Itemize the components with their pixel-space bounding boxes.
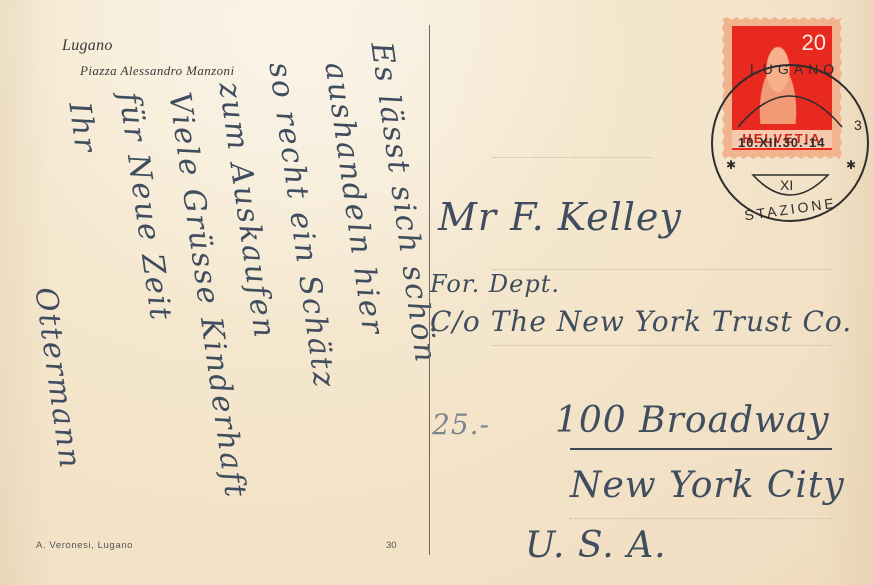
card-number: 30 bbox=[386, 540, 397, 551]
postcard: Lugano Piazza Alessandro Manzoni A. Vero… bbox=[0, 0, 873, 585]
publisher-imprint: A. Veronesi, Lugano bbox=[36, 540, 133, 551]
postmark-code: XI bbox=[780, 177, 793, 193]
svg-text:✱: ✱ bbox=[846, 158, 856, 172]
address-line-name: Mr F. Kelley bbox=[438, 195, 682, 239]
address-side-note: 25.- bbox=[432, 408, 490, 441]
address-line-dept: For. Dept. bbox=[430, 270, 560, 298]
address-line-company: C/o The New York Trust Co. bbox=[430, 305, 852, 338]
address-guide-line bbox=[492, 157, 652, 158]
address-guide-line bbox=[492, 345, 832, 346]
message-line: Ihr bbox=[61, 100, 103, 156]
svg-text:✱: ✱ bbox=[726, 158, 736, 172]
address-underline bbox=[570, 448, 832, 450]
address-guide-line bbox=[570, 518, 832, 519]
address-line-country: U. S. A. bbox=[525, 525, 667, 566]
caption-place: Piazza Alessandro Manzoni bbox=[80, 63, 234, 79]
postmark-office-number: 3 bbox=[854, 117, 862, 133]
postmark-town: LUGANO bbox=[750, 61, 839, 77]
signature: Ottermann bbox=[27, 285, 87, 472]
postmark: ✱ ✱ LUGANO 3 10.XII.30.-14 XI STAZIONE bbox=[708, 55, 873, 230]
address-line-street: 100 Broadway bbox=[555, 400, 830, 441]
postmark-date: 10.XII.30.-14 bbox=[738, 135, 825, 150]
caption-city: Lugano bbox=[62, 37, 113, 55]
address-line-city: New York City bbox=[570, 465, 845, 506]
